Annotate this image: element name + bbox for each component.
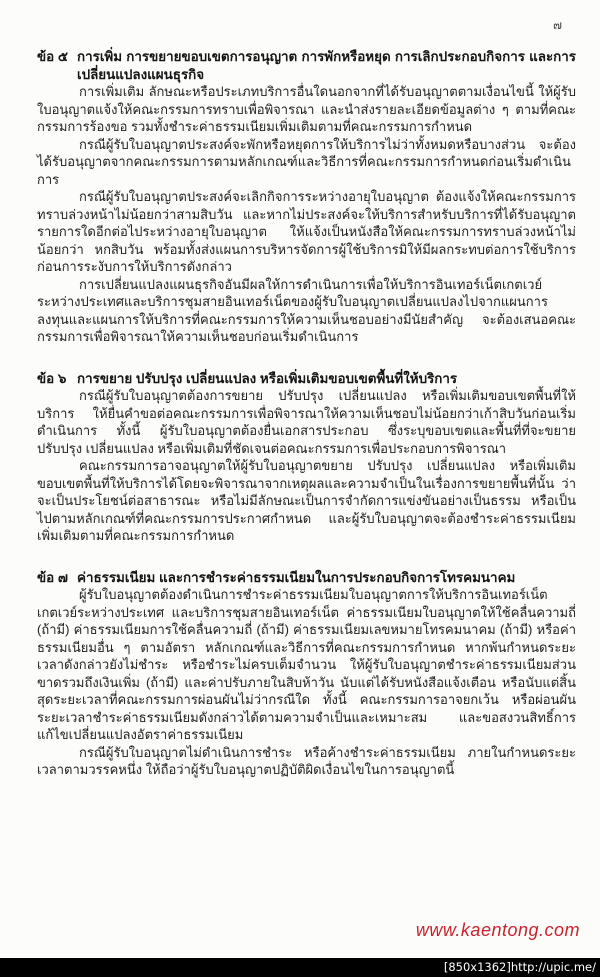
section-6-paragraph-1: กรณีผู้รับใบอนุญาตต้องการขยาย ปรับปรุง เ… (37, 387, 576, 457)
section-7-number: ข้อ ๗ (37, 569, 77, 587)
section-5-heading: ข้อ ๕ การเพิ่ม การขยายขอบเขตการอนุญาต กา… (37, 48, 576, 83)
section-6-number: ข้อ ๖ (37, 370, 77, 388)
section-7-paragraph-2: กรณีผู้รับใบอนุญาตไม่ดำเนินการชำระ หรือค… (37, 744, 576, 779)
section-6-heading: ข้อ ๖ การขยาย ปรับปรุง เปลี่ยนแปลง หรือเ… (37, 370, 576, 388)
section-5: ข้อ ๕ การเพิ่ม การขยายขอบเขตการอนุญาต กา… (37, 48, 576, 346)
document-body: ข้อ ๕ การเพิ่ม การขยายขอบเขตการอนุญาต กา… (37, 48, 576, 779)
section-6-paragraph-2: คณะกรรมการอาจอนุญาตให้ผู้รับใบอนุญาตขยาย… (37, 457, 576, 545)
section-5-title: การเพิ่ม การขยายขอบเขตการอนุญาต การพักหร… (77, 48, 576, 83)
section-5-number: ข้อ ๕ (37, 48, 77, 83)
page-number: ๗ (553, 16, 562, 35)
section-7-title: ค่าธรรมเนียม และการชำระค่าธรรมเนียมในการ… (77, 569, 576, 587)
section-6-title: การขยาย ปรับปรุง เปลี่ยนแปลง หรือเพิ่มเต… (77, 370, 576, 388)
section-5-paragraph-2: กรณีผู้รับใบอนุญาตประสงค์จะพักหรือหยุดกา… (37, 136, 576, 189)
image-caption-bar: [850x1362]http://upic.me/ (0, 958, 600, 977)
section-5-paragraph-1: การเพิ่มเติม ลักษณะหรือประเภทบริการอื่นใ… (37, 83, 576, 136)
section-7-heading: ข้อ ๗ ค่าธรรมเนียม และการชำระค่าธรรมเนีย… (37, 569, 576, 587)
document-page: ๗ ข้อ ๕ การเพิ่ม การขยายขอบเขตการอนุญาต … (0, 0, 600, 977)
section-5-paragraph-3: กรณีผู้รับใบอนุญาตประสงค์จะเลิกกิจการระห… (37, 188, 576, 276)
section-5-paragraph-4: การเปลี่ยนแปลงแผนธุรกิจอันมีผลให้การดำเน… (37, 276, 576, 346)
section-6: ข้อ ๖ การขยาย ปรับปรุง เปลี่ยนแปลง หรือเ… (37, 370, 576, 545)
watermark-text: www.kaentong.com (416, 920, 580, 941)
section-7: ข้อ ๗ ค่าธรรมเนียม และการชำระค่าธรรมเนีย… (37, 569, 576, 779)
caption-text: [850x1362]http://upic.me/ (444, 960, 596, 974)
section-7-paragraph-1: ผู้รับใบอนุญาตต้องดำเนินการชำระค่าธรรมเน… (37, 586, 576, 744)
